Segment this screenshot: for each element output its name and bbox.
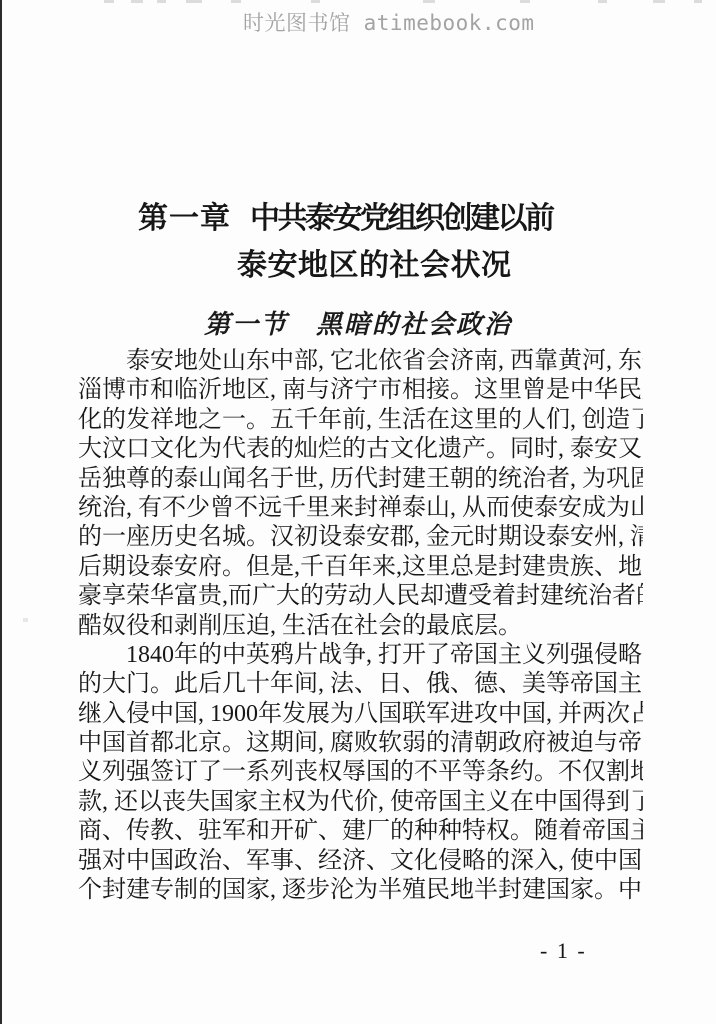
text-line: 商、传教、驻军和开矿、建厂的种种特权。随着帝国主义列 bbox=[78, 817, 643, 846]
text-line: 义列强签订了一系列丧权辱国的不平等条约。不仅割地、赔 bbox=[78, 758, 643, 787]
text-line: 岳独尊的泰山闻名于世, 历代封建王朝的统治者, 为巩固其 bbox=[78, 465, 643, 494]
scanned-book-page: 时光图书馆 atimebook.com 第一章 中共泰安党组织创建以前 泰安地区… bbox=[0, 0, 716, 1024]
text-line: 强对中国政治、军事、经济、文化侵略的深入, 使中国由一 bbox=[78, 847, 643, 876]
text-line: 1840年的中英鸦片战争, 打开了帝国主义列强侵略中国 bbox=[78, 641, 643, 670]
chapter-number: 第一章 bbox=[138, 193, 231, 237]
text-line: 大汶口文化为代表的灿烂的古文化遗产。同时, 泰安又以五 bbox=[78, 435, 643, 464]
page-number: - 1 - bbox=[540, 938, 587, 964]
section-heading: 第一节 黑暗的社会政治 bbox=[0, 304, 716, 341]
text-line: 个封建专制的国家, 逐步沦为半殖民地半封建国家。中国人 bbox=[78, 876, 643, 905]
text-line: 化的发祥地之一。五千年前, 生活在这里的人们, 创造了以 bbox=[78, 406, 643, 435]
paragraph-2: 1840年的中英鸦片战争, 打开了帝国主义列强侵略中国的大门。此后几十年间, 法… bbox=[78, 641, 643, 906]
paragraph-1: 泰安地处山东中部, 它北依省会济南, 西靠黄河, 东邻淄博市和临沂地区, 南与济… bbox=[78, 347, 643, 641]
body-text: 泰安地处山东中部, 它北依省会济南, 西靠黄河, 东邻淄博市和临沂地区, 南与济… bbox=[78, 347, 643, 905]
text-line: 豪享荣华富贵,而广大的劳动人民却遭受着封建统治者的残 bbox=[78, 582, 643, 611]
text-line: 泰安地处山东中部, 它北依省会济南, 西靠黄河, 东邻 bbox=[78, 347, 643, 376]
text-line: 款, 还以丧失国家主权为代价, 使帝国主义在中国得到了通 bbox=[78, 788, 643, 817]
text-line: 中国首都北京。这期间, 腐败软弱的清朝政府被迫与帝国主 bbox=[78, 729, 643, 758]
text-line: 继入侵中国, 1900年发展为八国联军进攻中国, 并两次占领 bbox=[78, 700, 643, 729]
chapter-title-line2: 泰安地区的社会状况 bbox=[237, 240, 512, 284]
text-line: 的一座历史名城。汉初设泰安郡, 金元时期设泰安州, 清代 bbox=[78, 523, 643, 552]
text-line: 的大门。此后几十年间, 法、日、俄、德、美等帝国主义相 bbox=[78, 670, 643, 699]
chapter-title-line1: 中共泰安党组织创建以前 bbox=[250, 193, 553, 237]
watermark: 时光图书馆 atimebook.com bbox=[243, 7, 535, 37]
text-line: 后期设泰安府。但是,千百年来,这里总是封建贵族、地主富 bbox=[78, 553, 643, 582]
text-line: 酷奴役和剥削压迫, 生活在社会的最底层。 bbox=[78, 612, 643, 641]
scan-speck bbox=[23, 618, 28, 622]
scan-edge-line bbox=[0, 0, 2, 1024]
text-line: 淄博市和临沂地区, 南与济宁市相接。这里曾是中华民族文 bbox=[78, 376, 643, 405]
text-line: 统治, 有不少曾不远千里来封禅泰山, 从而使泰安成为山东 bbox=[78, 494, 643, 523]
